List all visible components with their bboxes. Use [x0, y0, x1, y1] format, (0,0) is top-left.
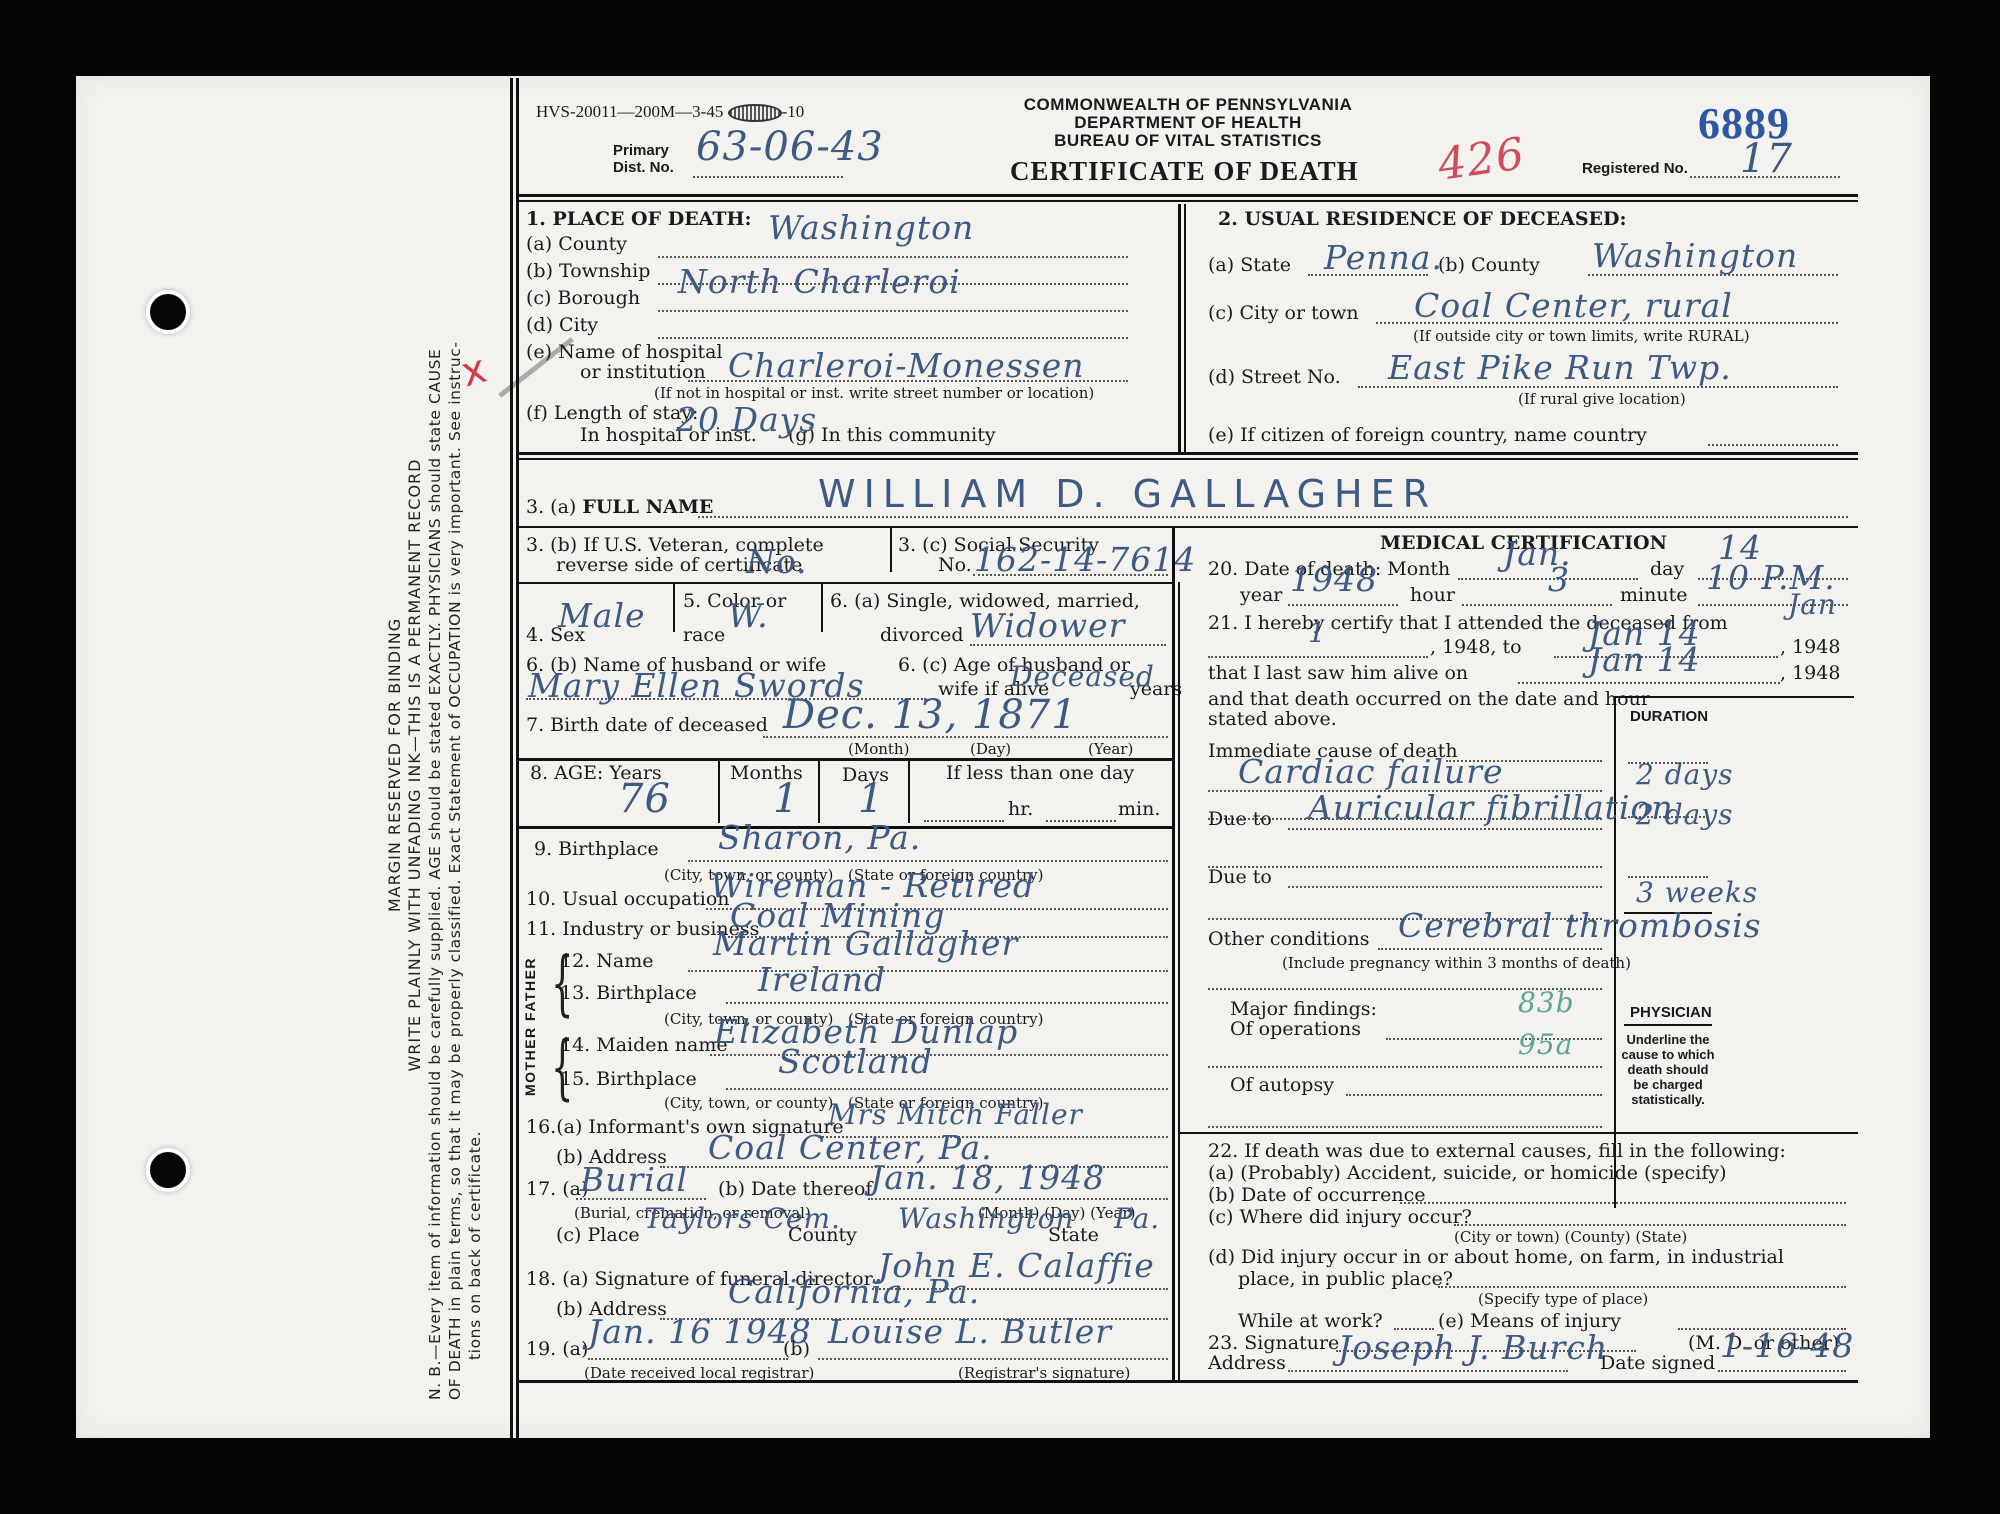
full-name-label: FULL NAME [582, 496, 713, 518]
age-months: 1 [773, 776, 799, 822]
union-label-seal-icon [728, 104, 782, 122]
residence-heading: 2. USUAL RESIDENCE OF DECEASED: [1218, 208, 1627, 230]
due-to-1-duration: 2 days [1636, 798, 1734, 831]
other-conditions: Cerebral thrombosis [1398, 906, 1762, 945]
margin-reserved-note: MARGIN RESERVED FOR BINDING [385, 130, 405, 1400]
residence-state: Penna. [1324, 238, 1443, 277]
red-annotation: 426 [1435, 128, 1528, 191]
binding-hole-bottom [146, 1148, 190, 1192]
nb-line-1: N. B.—Every item of information should b… [425, 130, 445, 1400]
father-name: Martin Gallagher [713, 924, 1018, 963]
primary-dist-no: 63-06-43 [696, 124, 884, 170]
binding-hole-top [146, 290, 190, 334]
death-township: North Charleroi [678, 262, 961, 301]
registrar-signature: Louise L. Butler [828, 1312, 1112, 1351]
external-causes-heading: 22. If death was due to external causes,… [1208, 1140, 1786, 1162]
registered-no: 17 [1740, 136, 1793, 182]
spouse-age: Deceased [1010, 660, 1155, 693]
death-hospital: Charleroi-Monessen [728, 346, 1084, 385]
due-to-1: Auricular fibrillation [1308, 788, 1674, 827]
write-plainly-note: WRITE PLAINLY WITH UNFADING INK—THIS IS … [405, 130, 425, 1400]
form-code: HVS-20011—200M—3-45 -10 [536, 102, 804, 122]
death-certificate-form: HVS-20011—200M—3-45 -10 Primary Dist. No… [518, 76, 1858, 1438]
age-years: 76 [618, 776, 671, 822]
physician-note: Underline the cause to which death shoul… [1620, 1032, 1716, 1107]
father-birthplace: Ireland [758, 960, 886, 999]
residence-county: Washington [1592, 236, 1798, 275]
age-days: 1 [858, 776, 884, 822]
birth-date: Dec. 13, 1871 [783, 692, 1078, 738]
residence-city: Coal Center, rural [1414, 286, 1733, 325]
marital-status: Widower [970, 606, 1125, 645]
informant-signature: Mrs Mitch Faller [828, 1098, 1083, 1131]
social-security-no: 162-14-7614 [974, 540, 1196, 579]
death-year: 1948 [1290, 560, 1378, 599]
race: W. [728, 596, 769, 635]
date-signed: 1-16-48 [1720, 1326, 1854, 1365]
place-of-death-heading: 1. PLACE OF DEATH: [526, 208, 751, 230]
veteran-status: No. [746, 542, 808, 581]
nb-line-3: tions on back of certificate. [465, 130, 485, 1400]
death-county: Washington [768, 208, 974, 247]
death-hour: 3 [1548, 560, 1570, 599]
code-1: 83b [1518, 986, 1575, 1019]
due-to-2-duration: 3 weeks [1636, 876, 1758, 909]
date-received-registrar: Jan. 16 1948 [588, 1312, 812, 1351]
sex: Male [558, 596, 646, 635]
code-2: 95a [1518, 1028, 1573, 1061]
registered-no-label: Registered No. [1582, 160, 1688, 177]
burial-state: Pa. [1114, 1202, 1160, 1235]
residence-street: East Pike Run Twp. [1388, 348, 1732, 387]
binding-margin-instructions: MARGIN RESERVED FOR BINDING WRITE PLAINL… [385, 130, 495, 1400]
birthplace: Sharon, Pa. [718, 818, 921, 857]
certificate-title: CERTIFICATE OF DEATH [1010, 156, 1359, 187]
stay-in-hospital: 20 Days [676, 400, 817, 439]
full-name: WILLIAM D. GALLAGHER [818, 472, 1437, 516]
attended-from-month: Jan [1788, 588, 1837, 621]
physician-header: PHYSICIAN [1630, 1004, 1712, 1021]
immediate-cause: Cardiac failure [1238, 752, 1504, 791]
disposition-type: Burial [580, 1160, 688, 1199]
duration-header: DURATION [1630, 708, 1708, 725]
last-seen-alive: Jan 14 [1588, 640, 1701, 679]
primary-dist-label: Primary Dist. No. [613, 142, 674, 176]
nb-line-2: OF DEATH in plain terms, so that it may … [445, 130, 465, 1400]
physician-signature: Joseph J. Burch [1338, 1328, 1608, 1367]
disposition-date: Jan. 18, 1948 [870, 1158, 1105, 1197]
mother-father-label: MOTHER FATHER [522, 957, 538, 1096]
issuer-block: COMMONWEALTH OF PENNSYLVANIA DEPARTMENT … [988, 96, 1388, 150]
immediate-cause-duration: 2 days [1636, 758, 1734, 791]
attended-from-day: 1 [1308, 616, 1327, 649]
funeral-director-address: California, Pa. [728, 1272, 980, 1311]
mother-birthplace: Scotland [778, 1042, 933, 1081]
